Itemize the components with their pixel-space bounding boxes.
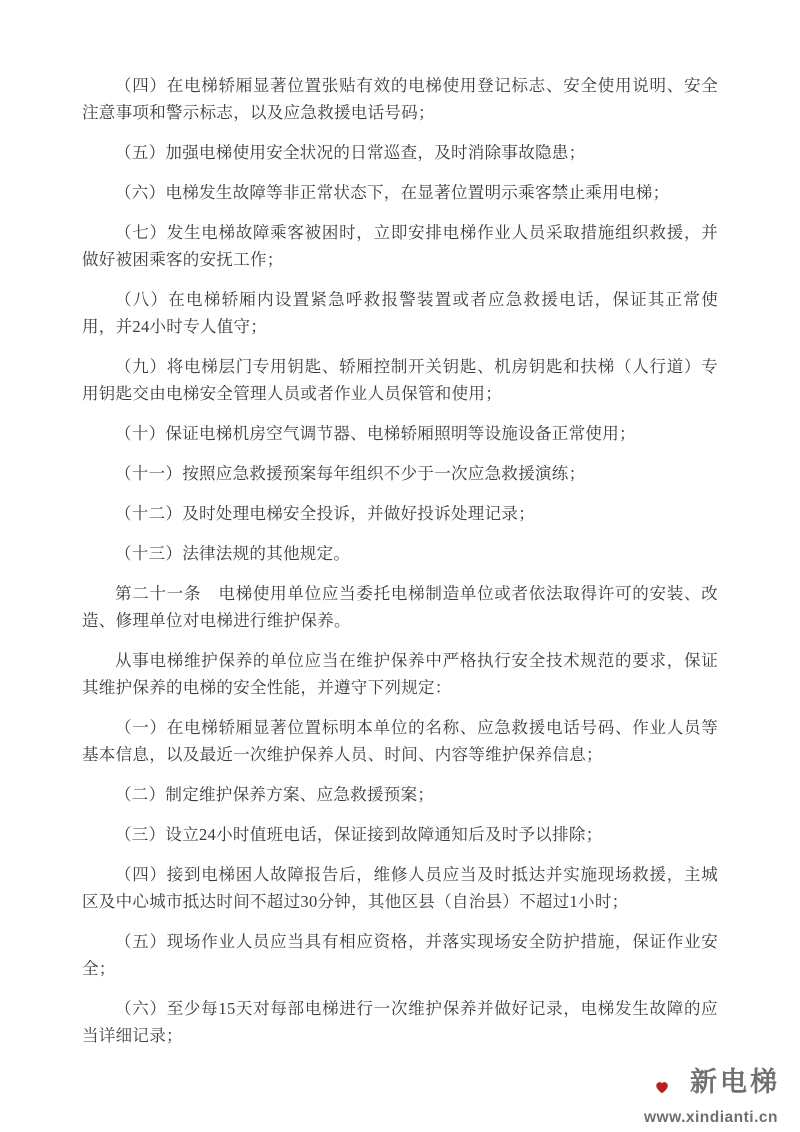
maintenance-intro: 从事电梯维护保养的单位应当在维护保养中严格执行安全技术规范的要求，保证其维护保养… <box>82 647 718 701</box>
document-page: （四）在电梯轿厢显著位置张贴有效的电梯使用登记标志、安全使用说明、安全注意事项和… <box>0 0 800 1132</box>
clause-12: （十二）及时处理电梯安全投诉，并做好投诉处理记录； <box>82 500 718 527</box>
document-body: （四）在电梯轿厢显著位置张贴有效的电梯使用登记标志、安全使用说明、安全注意事项和… <box>82 72 718 1062</box>
clause-11: （十一）按照应急救援预案每年组织不少于一次应急救援演练； <box>82 460 718 487</box>
clause-7: （七）发生电梯故障乘客被困时，立即安排电梯作业人员采取措施组织救援，并做好被困乘… <box>82 219 718 273</box>
clause-13: （十三）法律法规的其他规定。 <box>82 540 718 567</box>
heart-icon <box>656 1082 667 1093</box>
logo-brand-text: 新电梯 <box>690 1069 780 1096</box>
clause-8: （八）在电梯轿厢内设置紧急呼救报警装置或者应急救援电话，保证其正常使用，并24小… <box>82 286 718 340</box>
maintenance-clause-2: （二）制定维护保养方案、应急救援预案； <box>82 781 718 808</box>
logo-url-text: www.xindianti.cn <box>626 1110 796 1126</box>
maintenance-clause-6: （六）至少每15天对每部电梯进行一次维护保养并做好记录，电梯发生故障的应当详细记… <box>82 995 718 1049</box>
clause-4: （四）在电梯轿厢显著位置张贴有效的电梯使用登记标志、安全使用说明、安全注意事项和… <box>82 72 718 126</box>
maintenance-clause-5: （五）现场作业人员应当具有相应资格，并落实现场安全防护措施，保证作业安全； <box>82 928 718 982</box>
ribbon-8-heart-icon <box>642 1058 688 1108</box>
clause-6: （六）电梯发生故障等非正常状态下，在显著位置明示乘客禁止乘用电梯； <box>82 179 718 206</box>
maintenance-clause-4: （四）接到电梯困人故障报告后，维修人员应当及时抵达并实施现场救援，主城区及中心城… <box>82 861 718 915</box>
clause-10: （十）保证电梯机房空气调节器、电梯轿厢照明等设施设备正常使用； <box>82 420 718 447</box>
xindianti-watermark-logo: 新电梯 www.xindianti.cn <box>626 1058 796 1126</box>
clause-9: （九）将电梯层门专用钥匙、轿厢控制开关钥匙、机房钥匙和扶梯（人行道）专用钥匙交由… <box>82 353 718 407</box>
article-21: 第二十一条 电梯使用单位应当委托电梯制造单位或者依法取得许可的安装、改造、修理单… <box>82 580 718 634</box>
clause-5: （五）加强电梯使用安全状况的日常巡查，及时消除事故隐患； <box>82 139 718 166</box>
maintenance-clause-1: （一）在电梯轿厢显著位置标明本单位的名称、应急救援电话号码、作业人员等基本信息，… <box>82 714 718 768</box>
maintenance-clause-3: （三）设立24小时值班电话，保证接到故障通知后及时予以排除； <box>82 821 718 848</box>
